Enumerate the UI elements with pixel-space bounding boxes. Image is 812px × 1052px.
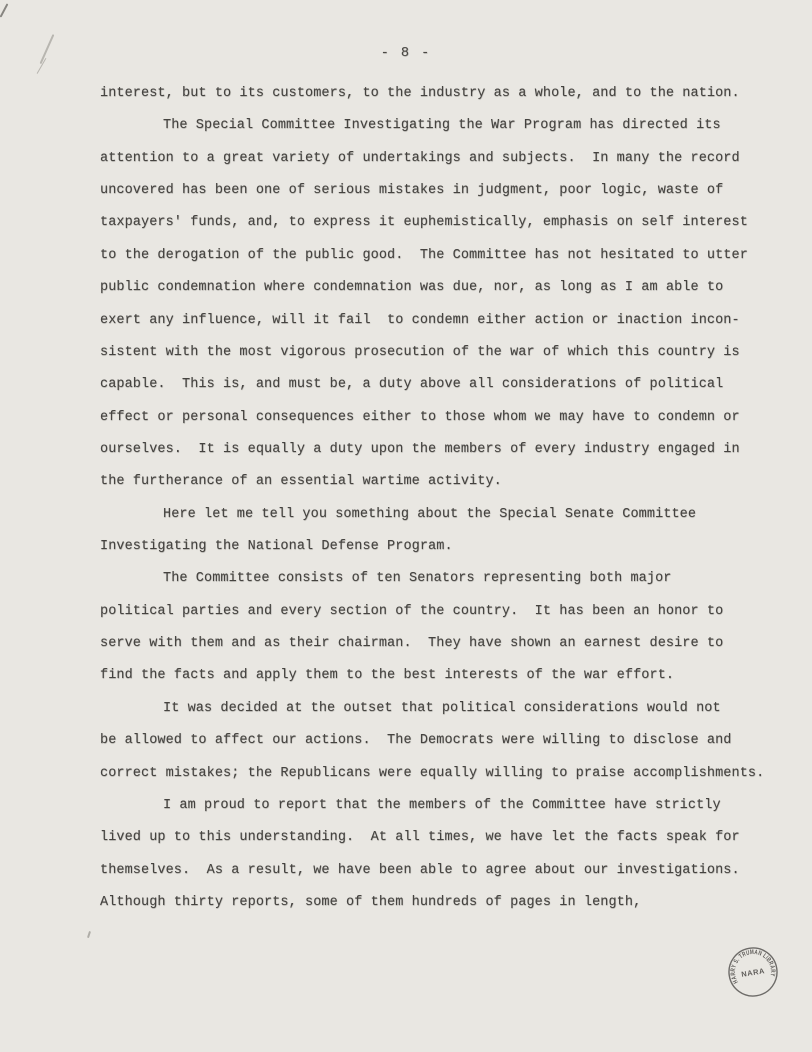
archive-stamp-graphic: HARRY S. TRUMAN LIBRARY NARA xyxy=(718,937,789,1008)
text-line: exert any influence, will it fail to con… xyxy=(100,305,780,337)
text-line: sistent with the most vigorous prosecuti… xyxy=(100,337,780,369)
text-line: public condemnation where condemnation w… xyxy=(100,272,780,304)
text-line: taxpayers' funds, and, to express it eup… xyxy=(100,207,780,239)
text-line: Although thirty reports, some of them hu… xyxy=(100,887,780,919)
text-line: correct mistakes; the Republicans were e… xyxy=(100,758,780,790)
text-line: be allowed to affect our actions. The De… xyxy=(100,725,780,757)
text-line: It was decided at the outset that politi… xyxy=(100,693,780,725)
text-line: attention to a great variety of undertak… xyxy=(100,143,780,175)
archive-stamp: HARRY S. TRUMAN LIBRARY NARA xyxy=(718,937,789,1008)
text-line: find the facts and apply them to the bes… xyxy=(100,660,780,692)
text-line: I am proud to report that the members of… xyxy=(100,790,780,822)
text-line: uncovered has been one of serious mistak… xyxy=(100,175,780,207)
stamp-center-text: NARA xyxy=(741,966,766,979)
text-line: themselves. As a result, we have been ab… xyxy=(100,855,780,887)
text-line: interest, but to its customers, to the i… xyxy=(100,78,780,110)
text-line: capable. This is, and must be, a duty ab… xyxy=(100,369,780,401)
corner-pencil-mark xyxy=(0,3,9,17)
pencil-mark xyxy=(87,931,91,938)
text-line: political parties and every section of t… xyxy=(100,596,780,628)
text-line: The Special Committee Investigating the … xyxy=(100,110,780,142)
stamp-ring-text: HARRY S. TRUMAN LIBRARY xyxy=(727,946,778,985)
page-number: - 8 - xyxy=(0,46,812,61)
document-body: interest, but to its customers, to the i… xyxy=(100,78,780,919)
text-line: effect or personal consequences either t… xyxy=(100,402,780,434)
text-line: serve with them and as their chairman. T… xyxy=(100,628,780,660)
text-line: to the derogation of the public good. Th… xyxy=(100,240,780,272)
text-line: Here let me tell you something about the… xyxy=(100,499,780,531)
text-line: lived up to this understanding. At all t… xyxy=(100,822,780,854)
document-page: - 8 - interest, but to its customers, to… xyxy=(0,0,812,1052)
text-line: ourselves. It is equally a duty upon the… xyxy=(100,434,780,466)
text-line: Investigating the National Defense Progr… xyxy=(100,531,780,563)
text-line: the furtherance of an essential wartime … xyxy=(100,466,780,498)
text-line: The Committee consists of ten Senators r… xyxy=(100,563,780,595)
